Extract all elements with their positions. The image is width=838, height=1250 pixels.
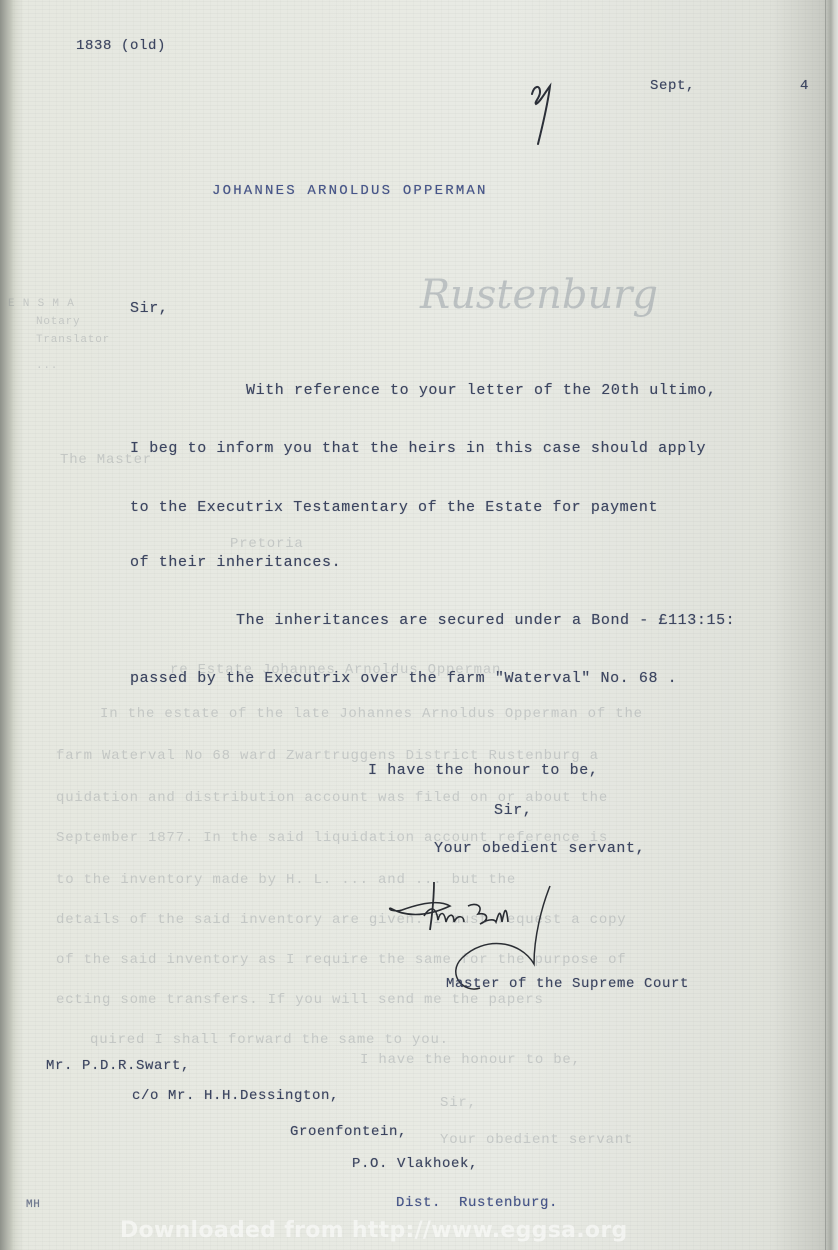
bleed-through-line: In the estate of the late Johannes Arnol… xyxy=(100,706,643,722)
addressee-district: Dist. Rustenburg. xyxy=(396,1195,558,1211)
addressee-care-of: c/o Mr. H.H.Dessington, xyxy=(132,1088,339,1104)
source-watermark: Downloaded from http://www.eggsa.org xyxy=(120,1218,628,1243)
body-line-2: I beg to inform you that the heirs in th… xyxy=(130,440,706,457)
closing-line-2: Sir, xyxy=(494,802,532,819)
bleed-through-left-3: Translator xyxy=(36,334,110,346)
bleed-through-left-4: ... xyxy=(36,360,58,372)
bleed-through-line: I have the honour to be, xyxy=(360,1052,581,1068)
typist-initials: MH xyxy=(26,1199,40,1211)
bleed-through-left-1: E N S M A xyxy=(8,298,75,310)
bleed-through-line: Pretoria xyxy=(230,536,304,552)
bleed-through-line: Your obedient servant xyxy=(440,1132,633,1148)
body-line-1: With reference to your letter of the 20t… xyxy=(246,382,716,399)
subject-heading: JOHANNES ARNOLDUS OPPERMAN xyxy=(212,183,488,199)
page-left-edge xyxy=(0,0,14,1250)
body-line-4: of their inheritances. xyxy=(130,554,341,571)
body-line-3: to the Executrix Testamentary of the Est… xyxy=(130,499,658,516)
signatory-title: Master of the Supreme Court xyxy=(446,976,689,992)
body-line-5: The inheritances are secured under a Bon… xyxy=(236,612,735,629)
bleed-through-script: Rustenburg xyxy=(420,272,658,318)
addressee-post-office: P.O. Vlakhoek, xyxy=(352,1156,478,1172)
bleed-through-line: Sir, xyxy=(440,1095,477,1111)
salutation: Sir, xyxy=(130,300,168,317)
bleed-through-left-2: Notary xyxy=(36,316,80,328)
body-line-6: passed by the Executrix over the farm "W… xyxy=(130,670,677,687)
document-page: Rustenburg E N S M A Notary Translator .… xyxy=(0,0,838,1250)
bleed-through-line: quired I shall forward the same to you. xyxy=(90,1032,449,1048)
file-reference: 1838 (old) xyxy=(76,38,166,54)
addressee-farm: Groenfontein, xyxy=(290,1124,407,1140)
handwritten-day-mark xyxy=(528,80,562,150)
addressee-name: Mr. P.D.R.Swart, xyxy=(46,1058,190,1074)
date-month: Sept, xyxy=(650,78,695,94)
closing-line-3: Your obedient servant, xyxy=(434,840,645,857)
closing-line-1: I have the honour to be, xyxy=(368,762,598,779)
page-right-edge xyxy=(825,0,838,1250)
date-year-fragment: 4 xyxy=(800,78,809,94)
